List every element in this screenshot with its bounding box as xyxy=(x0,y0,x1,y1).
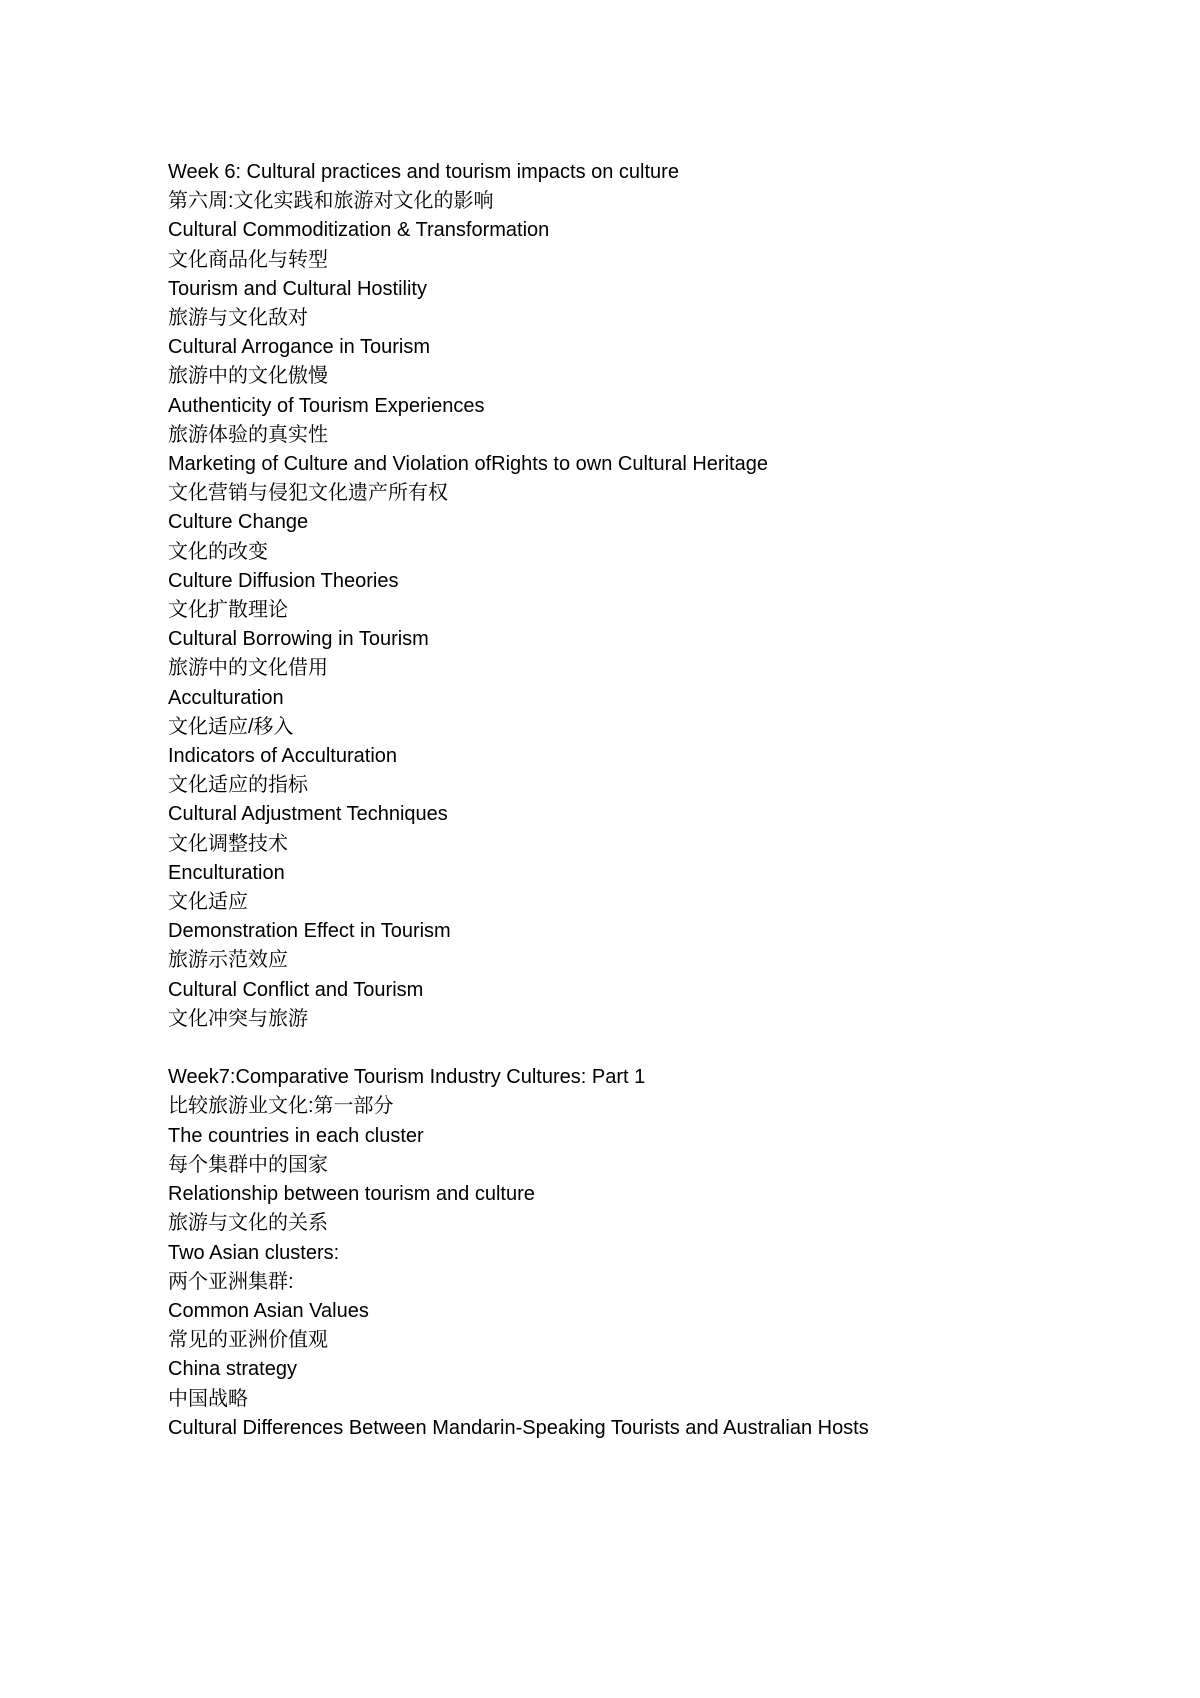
section-heading-zh: 第六周:文化实践和旅游对文化的影响 xyxy=(168,187,1120,216)
section-week6: Week 6: Cultural practices and tourism i… xyxy=(168,158,1120,1034)
line-zh: 文化适应 xyxy=(168,888,1120,917)
line-zh: 常见的亚洲价值观 xyxy=(168,1326,1120,1355)
line-zh: 文化营销与侵犯文化遗产所有权 xyxy=(168,479,1120,508)
line-zh: 旅游与文化的关系 xyxy=(168,1209,1120,1238)
line-en: The countries in each cluster xyxy=(168,1122,1120,1151)
line-en: Cultural Differences Between Mandarin-Sp… xyxy=(168,1414,1120,1443)
line-en: Culture Diffusion Theories xyxy=(168,567,1120,596)
line-zh: 中国战略 xyxy=(168,1385,1120,1414)
line-zh: 旅游中的文化借用 xyxy=(168,654,1120,683)
line-en: Authenticity of Tourism Experiences xyxy=(168,392,1120,421)
line-zh: 文化适应/移入 xyxy=(168,713,1120,742)
section-week7: Week7:Comparative Tourism Industry Cultu… xyxy=(168,1063,1120,1443)
line-en: Relationship between tourism and culture xyxy=(168,1180,1120,1209)
line-zh: 两个亚洲集群: xyxy=(168,1268,1120,1297)
line-en: Acculturation xyxy=(168,684,1120,713)
line-en: China strategy xyxy=(168,1355,1120,1384)
line-en: Cultural Conflict and Tourism xyxy=(168,976,1120,1005)
line-zh: 每个集群中的国家 xyxy=(168,1151,1120,1180)
line-en: Cultural Borrowing in Tourism xyxy=(168,625,1120,654)
line-en: Two Asian clusters: xyxy=(168,1239,1120,1268)
line-zh: 文化扩散理论 xyxy=(168,596,1120,625)
line-zh: 文化商品化与转型 xyxy=(168,246,1120,275)
line-zh: 文化适应的指标 xyxy=(168,771,1120,800)
line-zh: 旅游中的文化傲慢 xyxy=(168,362,1120,391)
line-zh: 文化的改变 xyxy=(168,538,1120,567)
line-zh: 文化冲突与旅游 xyxy=(168,1005,1120,1034)
section-heading-zh: 比较旅游业文化:第一部分 xyxy=(168,1092,1120,1121)
section-heading-en: Week7:Comparative Tourism Industry Cultu… xyxy=(168,1063,1120,1092)
line-en: Cultural Arrogance in Tourism xyxy=(168,333,1120,362)
line-zh: 旅游示范效应 xyxy=(168,946,1120,975)
line-zh: 旅游体验的真实性 xyxy=(168,421,1120,450)
line-en: Marketing of Culture and Violation ofRig… xyxy=(168,450,1120,479)
line-en: Common Asian Values xyxy=(168,1297,1120,1326)
line-en: Demonstration Effect in Tourism xyxy=(168,917,1120,946)
line-en: Indicators of Acculturation xyxy=(168,742,1120,771)
line-en: Culture Change xyxy=(168,508,1120,537)
line-en: Cultural Commoditization & Transformatio… xyxy=(168,216,1120,245)
line-en: Tourism and Cultural Hostility xyxy=(168,275,1120,304)
document-page: Week 6: Cultural practices and tourism i… xyxy=(168,158,1120,1443)
line-en: Cultural Adjustment Techniques xyxy=(168,800,1120,829)
line-zh: 旅游与文化敌对 xyxy=(168,304,1120,333)
section-heading-en: Week 6: Cultural practices and tourism i… xyxy=(168,158,1120,187)
line-zh: 文化调整技术 xyxy=(168,830,1120,859)
line-en: Enculturation xyxy=(168,859,1120,888)
